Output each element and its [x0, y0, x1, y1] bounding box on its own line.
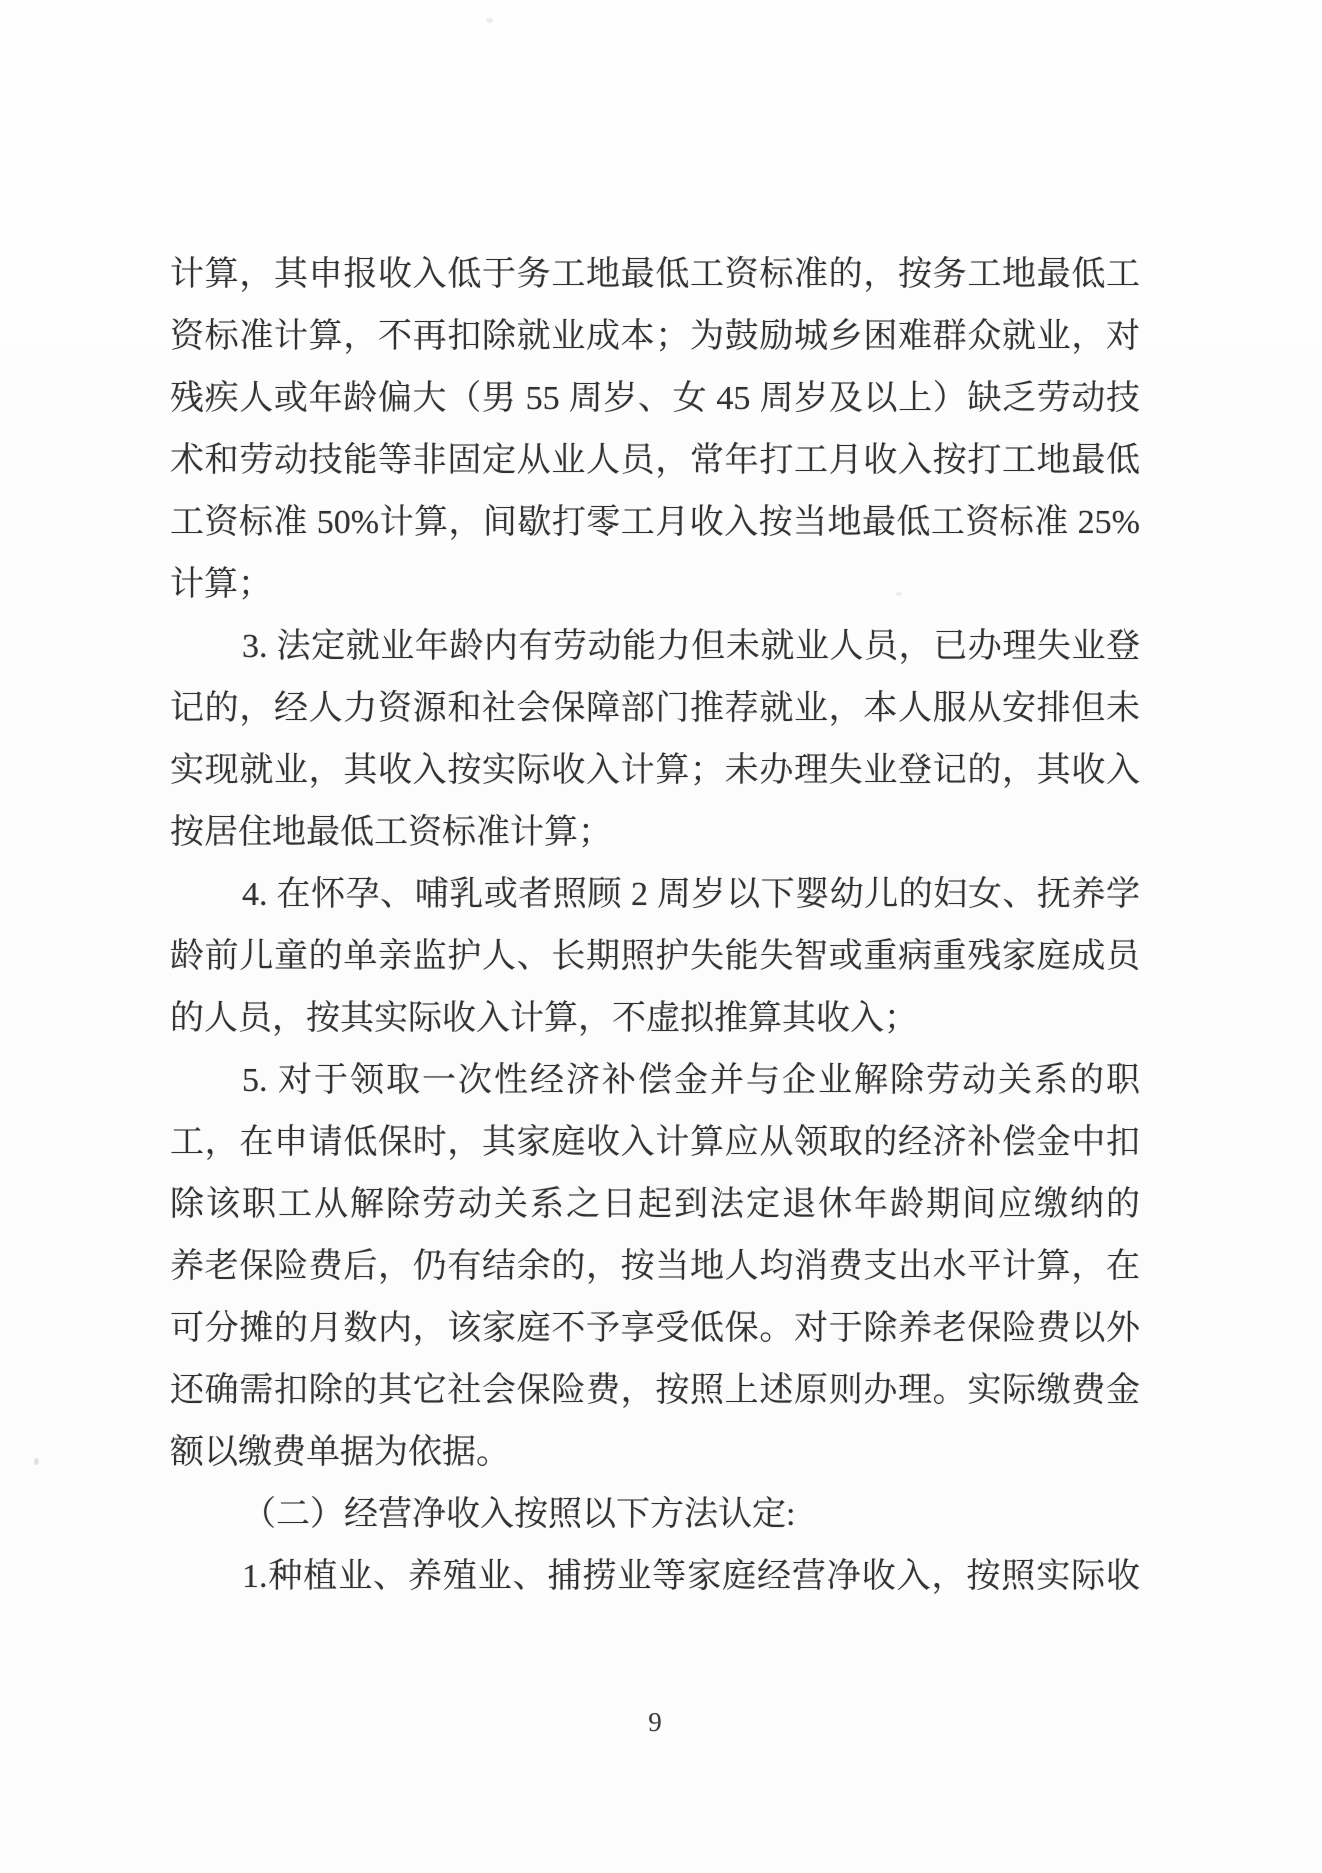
scanned-document-page: 计算，其申报收入低于务工地最低工资标准的，按务工地最低工资标准计算，不再扣除就业…: [0, 0, 1322, 1873]
text-line: 计算；: [170, 554, 1140, 616]
text-line: 还确需扣除的其它社会保险费，按照上述原则办理。实际缴费金: [170, 1360, 1140, 1422]
text-line: 残疾人或年龄偏大（男 55 周岁、女 45 周岁及以上）缺乏劳动技: [170, 368, 1140, 430]
page-number: 9: [170, 1702, 1140, 1742]
text-line: 的人员，按其实际收入计算，不虚拟推算其收入；: [170, 988, 1140, 1050]
scan-artifact-speck: [34, 1458, 39, 1465]
text-line: 1.种植业、养殖业、捕捞业等家庭经营净收入，按照实际收: [170, 1546, 1140, 1608]
text-line: 除该职工从解除劳动关系之日起到法定退休年龄期间应缴纳的: [170, 1174, 1140, 1236]
text-line: 3. 法定就业年龄内有劳动能力但未就业人员，已办理失业登: [170, 616, 1140, 678]
text-line: 记的，经人力资源和社会保障部门推荐就业，本人服从安排但未: [170, 678, 1140, 740]
text-line: 计算，其申报收入低于务工地最低工资标准的，按务工地最低工: [170, 244, 1140, 306]
text-line: 可分摊的月数内，该家庭不予享受低保。对于除养老保险费以外: [170, 1298, 1140, 1360]
text-line: 实现就业，其收入按实际收入计算；未办理失业登记的，其收入: [170, 740, 1140, 802]
text-line: 5. 对于领取一次性经济补偿金并与企业解除劳动关系的职: [170, 1050, 1140, 1112]
text-line: 按居住地最低工资标准计算；: [170, 802, 1140, 864]
text-line: 4. 在怀孕、哺乳或者照顾 2 周岁以下婴幼儿的妇女、抚养学: [170, 864, 1140, 926]
text-line: （二）经营净收入按照以下方法认定:: [170, 1484, 1140, 1546]
text-line: 工资标准 50%计算，间歇打零工月收入按当地最低工资标准 25%: [170, 492, 1140, 554]
text-line: 资标准计算，不再扣除就业成本；为鼓励城乡困难群众就业，对: [170, 306, 1140, 368]
text-line: 术和劳动技能等非固定从业人员，常年打工月收入按打工地最低: [170, 430, 1140, 492]
text-line: 龄前儿童的单亲监护人、长期照护失能失智或重病重残家庭成员: [170, 926, 1140, 988]
document-body: 计算，其申报收入低于务工地最低工资标准的，按务工地最低工资标准计算，不再扣除就业…: [170, 244, 1140, 1608]
text-line: 额以缴费单据为依据。: [170, 1422, 1140, 1484]
text-line: 养老保险费后，仍有结余的，按当地人均消费支出水平计算，在: [170, 1236, 1140, 1298]
text-line: 工，在申请低保时，其家庭收入计算应从领取的经济补偿金中扣: [170, 1112, 1140, 1174]
scan-artifact-speck: [486, 18, 493, 23]
